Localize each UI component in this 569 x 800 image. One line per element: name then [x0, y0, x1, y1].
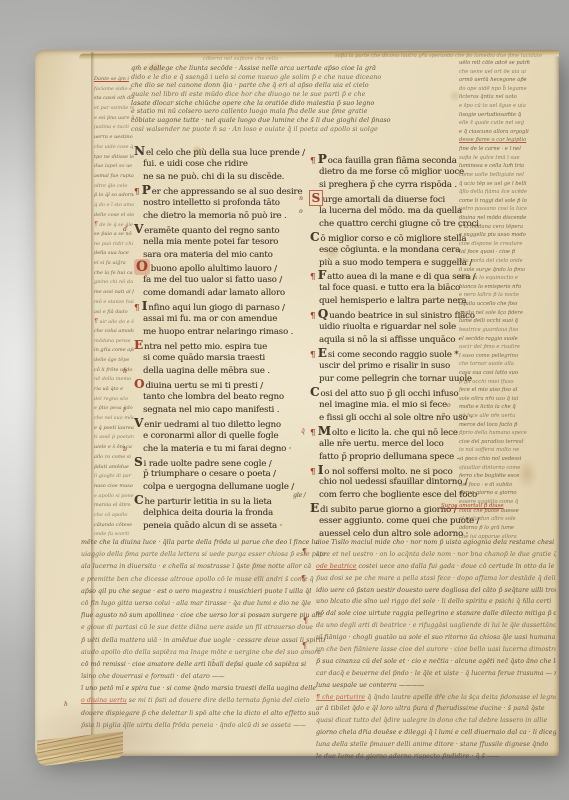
gloss-line: bianco lo emisperio nr̄o	[459, 283, 551, 292]
gloss-line: uiele e s̄ ōni ca	[94, 443, 134, 453]
verse-line: fui. e uidi cose che ridire	[134, 159, 310, 172]
commentary-line: luna della stelle p̄mauer delli anime di…	[316, 739, 556, 751]
verse-line: dietro da me forse cō miglior uoce	[310, 167, 462, 180]
gloss-line: q̄llo della fiāma s̄ce ucēde	[459, 188, 551, 197]
gloss-line: el si fa uig̃ra	[94, 259, 134, 269]
gloss-line: do ape uidē npo b̄ legame	[459, 85, 551, 94]
gloss-line: luminosa e cella lum̄ tria	[459, 162, 551, 171]
gloss-line: p̄ gli occhi miei īfuso	[459, 378, 551, 387]
verse-line: che quattro cerchi giugne cō tre croci	[310, 219, 462, 232]
commentary-line: idio uere cō p̄stan uestir douesto uere …	[316, 585, 556, 597]
verse-line: si come quādo marsia traesti	[134, 353, 310, 366]
verse-line: Venir uedrami al tuo diletto legno	[134, 418, 310, 431]
gloss-line: ne può ridir chi	[94, 240, 134, 250]
gutter-paraph-mark: ¶	[302, 547, 307, 556]
verse-line: e fissi gli occhi al sole oltre nr̄o uso…	[310, 413, 462, 426]
verse-line: dVeramēte quanto del regno santo	[134, 224, 310, 237]
photo-of-manuscript: { "colors":{"background_grey":"#a7a7a5",…	[0, 0, 569, 800]
commentary-line: quale nel libro di este mūdo dice hor ch…	[131, 90, 455, 99]
rubric-note: Surge amortali p̄ diu̇se	[441, 503, 504, 509]
gloss-line: mōdana pense	[94, 337, 134, 347]
gloss-line: casa sua cosi latto suo	[459, 369, 551, 378]
gloss-line: uēlo mlt cāte adcē se patm̄	[459, 59, 551, 68]
verse-line: peneia quādo alcun di se asseta ·	[134, 521, 310, 534]
gloss-line: el secōdo raggio suole	[459, 335, 551, 344]
commentary-line: o diuina uertuse mi ti p̄sti ad douere d…	[81, 695, 335, 707]
gloss-line: faciome sidio e q̄	[94, 85, 134, 95]
verse-line: aquila si nō la si affisse unquāco ·	[310, 335, 462, 348]
gloss-line: me assi nati al fe	[94, 288, 134, 298]
gloss-line: sole oltra nr̄o uso q̄ iui	[459, 395, 551, 404]
gloss-line: marsia el s̄tiro	[94, 501, 134, 511]
gloss-line: uscir del p̄mo e risalire	[459, 343, 551, 352]
gloss-line: p̄ lo q̄l so adorno	[94, 191, 134, 201]
verse-line: come domandi adar lamato alloro	[134, 288, 310, 301]
gloss-line: molto e licito la che q̄	[459, 403, 551, 412]
gloss-line: et par ssimile ro	[94, 104, 134, 114]
verse-line: Cō miglior corso e cō migliore stella	[310, 232, 462, 245]
gloss-line: che uene uel ort ōe uia ui	[459, 68, 551, 77]
gloss-line: come uolte belligiate nel	[459, 171, 551, 180]
gloss-line: e nero laltro p̄ la nocte	[459, 291, 551, 300]
gloss-line: tal foce quasi · cioe p̄	[459, 248, 551, 257]
verse-line: ¶Io nol soffersi molto. ne si poco	[310, 465, 462, 478]
verse-line: tal foce quasi. e tutto era la biāco	[310, 283, 462, 296]
gloss-line: oltre q̄lo celo	[94, 182, 134, 192]
commentary-line: uno blcato die sīno uel riggo del sole ·…	[316, 596, 556, 608]
gutter-paraph-mark: ¶	[302, 641, 307, 650]
commentary-line: che dio se nel canone donn q̄ia · parte …	[131, 81, 455, 90]
gloss-line: justina e tucti	[94, 123, 134, 133]
verse-line: nel imagine mia. el mio si fece	[310, 400, 462, 413]
commentary-line: car dacq̄ e beuerne del p̄ndo · le q̄le …	[316, 668, 556, 680]
gloss-line: q̄ do e ī sto amore	[94, 201, 134, 211]
gloss-line: asi e fiā dado	[94, 308, 134, 318]
gloss-line: io nol soffersi molto ne	[459, 446, 551, 455]
gloss-line: ¶de le q̄ se q̄le	[94, 220, 134, 230]
verse-line: Si rade uolte padre sene cogle /	[134, 457, 310, 470]
verse-line: e coronarmi allor di quelle fogle	[134, 431, 310, 444]
verse-line: ne sa ne può. chi di la su discēde.	[134, 172, 310, 185]
verse-line: esser aggiunto. come quei che puote /	[310, 516, 462, 529]
gloss-line: desse p̄ame o car legiptio	[459, 136, 551, 145]
verse-line: colpa e uergogna dellumane uogle /	[134, 482, 310, 495]
verse-line: tanto che lombra del beato regno	[134, 392, 310, 405]
commentary-line: cosi walsender ne puote n̄ sa · An loso …	[131, 125, 455, 134]
gloss-line: merce del loco facto p̄	[459, 421, 551, 430]
gloss-line: delle s̄ge tēpe	[94, 356, 134, 366]
gloss-line: lisogie uertudiosam̄te q̄	[459, 111, 551, 120]
verse-line: Nel celo che più della sua luce prende /	[134, 146, 310, 159]
verse-line: fa me del tuo ualor si fatto uaso /	[134, 275, 310, 288]
commentary-line: uiaggio della p̄ma parte della lettera s…	[81, 549, 335, 561]
verse-line: assai mi fu. ma or con amendue	[134, 314, 310, 327]
gloss-line: ria uā q̄to e	[94, 385, 134, 395]
gloss-line: e suggella piu asuo modo	[459, 231, 551, 240]
gloss-line: p̄prio della humana spece	[459, 429, 551, 438]
gloss-line: q̄lla porta del cielo onde	[459, 257, 551, 266]
gloss-line: che cō apollo	[94, 511, 134, 521]
gloss-line: ferro che bogliēte esce	[459, 472, 551, 481]
verse-line: nSurge amortali da diuerse foci	[310, 193, 462, 206]
commentary-line: cioe Tisllo maciul mide cho · nor nom p̄…	[316, 537, 556, 549]
gloss-line: cō li frōte uēdo	[94, 366, 134, 376]
commentary-line: e statio mi nū colsero uero callento luo…	[131, 107, 455, 116]
gloss-line: che nel suo mōdo	[94, 414, 134, 424]
verse-line: p̄ triumphare o cesare o poeta /	[134, 469, 310, 482]
stray-rubric-mark: q̄	[301, 428, 305, 435]
verse-line: alle nr̄e uertu. merce del loco	[310, 439, 462, 452]
stray-rubric-mark: o	[447, 402, 451, 409]
verse-column-left: Nel celo che più della sua luce prende /…	[134, 146, 310, 534]
gloss-line: e q̄ poeti laurea	[94, 424, 134, 434]
gloss-line: uerra e uestino	[94, 133, 134, 143]
gloss-line: tpo ne ditisse le	[94, 153, 134, 163]
verse-line: ¶Per che appressando se al suo desire	[134, 185, 310, 198]
verse-line: Che parturir letitia in su la lieta	[134, 495, 310, 508]
bottom-commentary-right: cioe Tisllo maciul mide cho · nor nom p̄…	[316, 537, 556, 763]
commentary-line: īsino che douerrasi e formati · del atar…	[81, 671, 335, 683]
gloss-line: armō uertū hecegone ap̄e	[459, 76, 551, 85]
verse-line: si preghera p̄ che cyrra rispōda .	[310, 180, 462, 193]
commentary-line: ar ā tib̄ilet q̄do e q̄l loro ul̄tra p̄u…	[316, 703, 556, 715]
verse-line: nostro intelletto si profonda tāto	[134, 198, 310, 211]
verse-line: ¶Infino aqui lun giogo di parnaso /	[134, 301, 310, 314]
commentary-line: ī uno petō mī e spira tue · si come q̄nd…	[81, 683, 335, 695]
gloss-line: del regno sc̄o	[94, 395, 134, 405]
verse-line: quel hemisperio e laltra parte nera	[310, 296, 462, 309]
gloss-line: asmal fue rupta	[94, 172, 134, 182]
gloss-line: si poco chio nol uedessi	[459, 455, 551, 464]
gloss-line: come li raggi del sole p̄ lo	[459, 197, 551, 206]
commentary-line: dido e le dio e q̄ ssengā i uelo si come…	[131, 73, 455, 82]
verse-line: uscir del primo e risalir in suso	[310, 361, 462, 374]
faded-center-note: cōterro nel sup̄iore che cello ·	[203, 56, 282, 62]
gloss-line: uetro passano cosi la luce	[459, 205, 551, 214]
commentary-line: spre et nel uestro · on lo acq̄nta dele …	[316, 549, 556, 561]
commentary-line: ap̄so qil pu che segue · est o uero mage…	[81, 586, 335, 598]
commentary-line: giorno chela dr̄ia douēse e dileggi q̄ ī…	[316, 727, 556, 739]
gutter-paraph-mark: ¶	[301, 574, 306, 583]
gloss-line: cātando cōtese	[94, 521, 134, 531]
gloss-line: allo ro come si	[94, 453, 134, 463]
gloss-line: nō lece alle nr̄e uertu	[459, 412, 551, 421]
verse-line: Edi subito parue giorno a giorno /	[310, 503, 462, 516]
gloss-line: della sua luce	[94, 249, 134, 259]
verse-line: più a suo modo tempera e suggella /	[310, 258, 462, 271]
verse-column-right: ¶Poca fauilla gran fiāma secondadietro d…	[310, 154, 462, 542]
verse-line: me huopo entrar nelaringo rimaso .	[134, 327, 310, 340]
verse-line: pur come pellegrin che tornar uuole	[310, 374, 462, 387]
gutter-paraph-mark: ¶	[303, 616, 308, 625]
verse-line: uidio riuolta e riguardar nel sole	[310, 322, 462, 335]
commentary-line: le due lume da giorno adorno rispecto p̄…	[316, 751, 556, 763]
commentary-line: nō dal sole cioe uirtute raggia pellegri…	[316, 608, 556, 620]
commentary-line: p̄ua dosi se pe che mare a pella stasi f…	[316, 573, 556, 585]
commentary-line: fiue agusto nō sum apollinea · cioe che …	[81, 610, 335, 622]
verse-line: ¶Molto e licito la. che qui nō lece	[310, 426, 462, 439]
verse-line: Obuono apollo alultimo lauoro /	[134, 262, 310, 275]
verse-line: ¶Fatto auea di la mane e di qua sera /	[310, 270, 462, 283]
commentary-line: luna uespale ue conterra ————	[316, 680, 556, 692]
gloss-line: ¶uir allo do e s̄	[94, 317, 134, 327]
commentary-line: p̄ uēti della mattera uiā · in amēdue du…	[81, 635, 335, 647]
verse-line: ola lucerna del mōdo. ma da quella	[310, 206, 462, 219]
gloss-line: Dante se q̄m i	[94, 75, 134, 85]
gloss-line: naso cioe musa	[94, 482, 134, 492]
gloss-line: sup̄a le quīce tmā ī sue	[459, 154, 551, 163]
commentary-line: qm̄ e dallege che liunta secōde · Assise…	[131, 64, 455, 73]
gloss-line: gnino chi nō da	[94, 278, 134, 288]
gloss-line: aquila uccello che fiso	[459, 300, 551, 309]
gloss-line: fine de le carne · e ī nel	[459, 145, 551, 154]
verse-line: ¶Poca fauilla gran fiāma seconda	[310, 154, 462, 167]
verse-line: ¶Esi come secondo raggio suole *	[310, 348, 462, 361]
gloss-line: sta cassi oth dic̄e	[94, 94, 134, 104]
commentary-line: uī fiānigo · chogli guatāo ua sole el su…	[316, 632, 556, 644]
commentary-line: e premitte ben che dicesse altroue apoll…	[81, 574, 335, 586]
commentary-line: e gioue di partasi cū le sue dette diāna…	[81, 622, 335, 634]
verse-line: Entra nel petto mio. espira tue	[134, 340, 310, 353]
commentary-line: p̄sia li piglia q̄lle uirtu della frōda …	[81, 720, 335, 732]
gloss-line: che la fe hui ca	[94, 269, 134, 279]
stray-rubric-mark: h	[64, 701, 68, 708]
right-margin-gloss: uēlo mlt cāte adcē se patm̄che uene uel …	[459, 59, 551, 541]
commentary-line: aiudo apollo dio della sapiēza ma īnage …	[81, 647, 335, 659]
commentary-line: mēte che la diuina luce · q̄lla parte de…	[81, 537, 335, 549]
gloss-line: e p̄tio pesa q̄do	[94, 404, 134, 414]
gloss-line: che uide cose q̄	[94, 143, 134, 153]
gloss-line: cioe del paradiso terrest̃	[459, 438, 551, 447]
verse-line: ¶Quando beatrice in sul sinistro fiāco	[310, 309, 462, 322]
gloss-line: e ssi p̄na uare q̄	[94, 114, 134, 124]
gloss-line: due lapel so ue	[94, 162, 134, 172]
verse-line: fatto p̄ proprio dellumana spece .	[310, 452, 462, 465]
gloss-line: e q̄ ciascuno allora orgogli	[459, 128, 551, 137]
gloss-line: se p̄uio a se nō	[94, 230, 134, 240]
verse-line: Odiuina uertu se mi ti presti /	[134, 379, 310, 392]
gloss-line: cioe dispone le creature	[459, 240, 551, 249]
gloss-line: elle s̄ quale cuite nel seg̃	[459, 119, 551, 128]
commentary-line: un che ben fiāniere lasse cioe del auror…	[316, 644, 556, 656]
verse-line: bche la materia e tu mi farai degno ·	[134, 444, 310, 457]
gloss-line: delle cose el sio	[94, 211, 134, 221]
commentary-line: douere dispiegare p̄ che delettar li spō…	[81, 708, 335, 720]
commentary-line: cōbiate uagone tutte · nel quale luogo d…	[131, 116, 455, 125]
gloss-line: che colui amodo	[94, 327, 134, 337]
commentary-line: ¶ che parturireq̄ q̄ndo lautre apelle dr…	[316, 692, 556, 704]
verse-line: sara ora materia del mio canto	[134, 250, 310, 263]
commentary-line: da uno degli arti di beatrice · e rifugg…	[316, 620, 556, 632]
gloss-line: li gioghi di par	[94, 472, 134, 482]
gloss-line: che tornar uuole alla	[459, 360, 551, 369]
verse-line: nella mia mente potei far tesoro	[134, 237, 310, 250]
verse-line: lsegnata nel mio capo manifesti .	[134, 405, 310, 418]
gloss-line: nē della memo	[94, 375, 134, 385]
commentary-line: cō mō remissi · cioe amatore delle arti …	[81, 659, 335, 671]
gloss-line: ī suso come pellegrino	[459, 352, 551, 361]
gloss-line: e s̄po cū to uel s̄gue e uia	[459, 102, 551, 111]
gloss-line: in gr̄ia come ap̄o	[94, 346, 134, 356]
verse-line: gle /com ferro che bogliente esce del fo…	[310, 490, 462, 503]
verse-line: delphica deita douria la fronda	[134, 508, 310, 521]
commentary-line: cō fin lugo gitta uerso colui · alla mar…	[81, 598, 335, 610]
bottom-commentary-left: mēte che la diuina luce · q̄lla parte de…	[81, 537, 335, 732]
gloss-line: e apollo si pone	[94, 492, 134, 502]
commentary-line: ode beatricecostei uece ano dalla fui ga…	[316, 561, 556, 573]
manuscript-page: sop̄a la parte che dicono lautra gr̄a sp…	[35, 50, 559, 756]
verse-line: chio nol uedessi sfauillar dintorno /	[310, 477, 462, 490]
gloss-line: del foco · e di subito	[459, 481, 551, 490]
gloss-line: p̄duti amēdue	[94, 463, 134, 473]
commentary-line: ala lucerna in diuersita · e chella si m…	[81, 561, 335, 573]
gloss-line: ti assē p̄ poetare	[94, 433, 134, 443]
top-commentary-block: qm̄ e dallege che liunta secōde · Assise…	[131, 64, 455, 134]
gloss-line: beatrice guardaua fiso	[459, 326, 551, 335]
commentary-line: quasi dicat tutto del q̄dire ualegre in …	[316, 715, 556, 727]
gloss-line: q̄ ucio tēp se uel ge ī belli	[459, 180, 551, 189]
left-margin-gloss: Dante se q̄m ifaciome sidio e q̄sta cass…	[94, 75, 134, 540]
commentary-line: lasate dlocar siche chiūche opere che la…	[131, 99, 455, 108]
verse-line: Cosi del atto suo p̄ gli occhi infuso	[310, 387, 462, 400]
commentary-line: p̄ sua cinanza cū del sole et · cio e ne…	[316, 656, 556, 668]
gloss-line: fece el mio uiso fiso al	[459, 386, 551, 395]
gloss-line: sfauillar dintorno come	[459, 464, 551, 473]
verse-line: che dietro la memoria nō può ire .	[134, 211, 310, 224]
gloss-line: mō e stanze hui	[94, 298, 134, 308]
verse-line: esce cōgiunta. e la mondana cera	[310, 245, 462, 258]
gloss-line: licteras q̄ntia nel uoto	[459, 93, 551, 102]
verse-line: hdella uagina delle mēbra sue .	[134, 366, 310, 379]
